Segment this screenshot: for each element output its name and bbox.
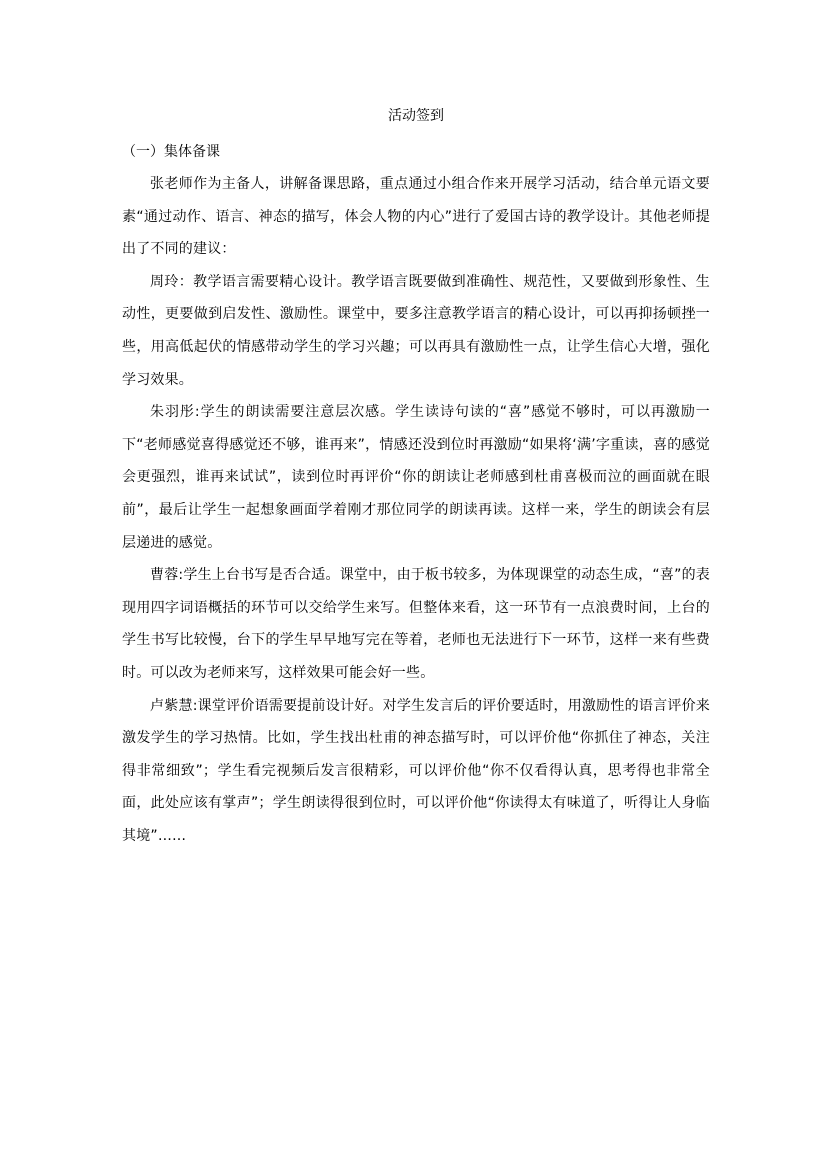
document-page: 活动签到 （一）集体备课 张老师作为主备人，讲解备课思路，重点通过小组合作来开展… [122,104,710,852]
paragraph-intro: 张老师作为主备人，讲解备课思路，重点通过小组合作来开展学习活动，结合单元语文要素… [122,168,710,266]
paragraph-cao-rong: 曹蓉:学生上台书写是否合适。课堂中，由于板书较多，为体现课堂的动态生成，“喜”的… [122,559,710,689]
section-heading: （一）集体备课 [122,136,710,168]
paragraph-zhu-yutong: 朱羽彤:学生的朗读需要注意层次感。学生读诗句读的“喜”感觉不够时，可以再激励一下… [122,396,710,559]
paragraph-lu-zihui: 卢紫慧:课堂评价语需要提前设计好。对学生发言后的评价要适时，用激励性的语言评价来… [122,690,710,853]
paragraph-zhou-ling: 周玲：教学语言需要精心设计。教学语言既要做到准确性、规范性，又要做到形象性、生动… [122,266,710,396]
document-title: 活动签到 [122,104,710,128]
